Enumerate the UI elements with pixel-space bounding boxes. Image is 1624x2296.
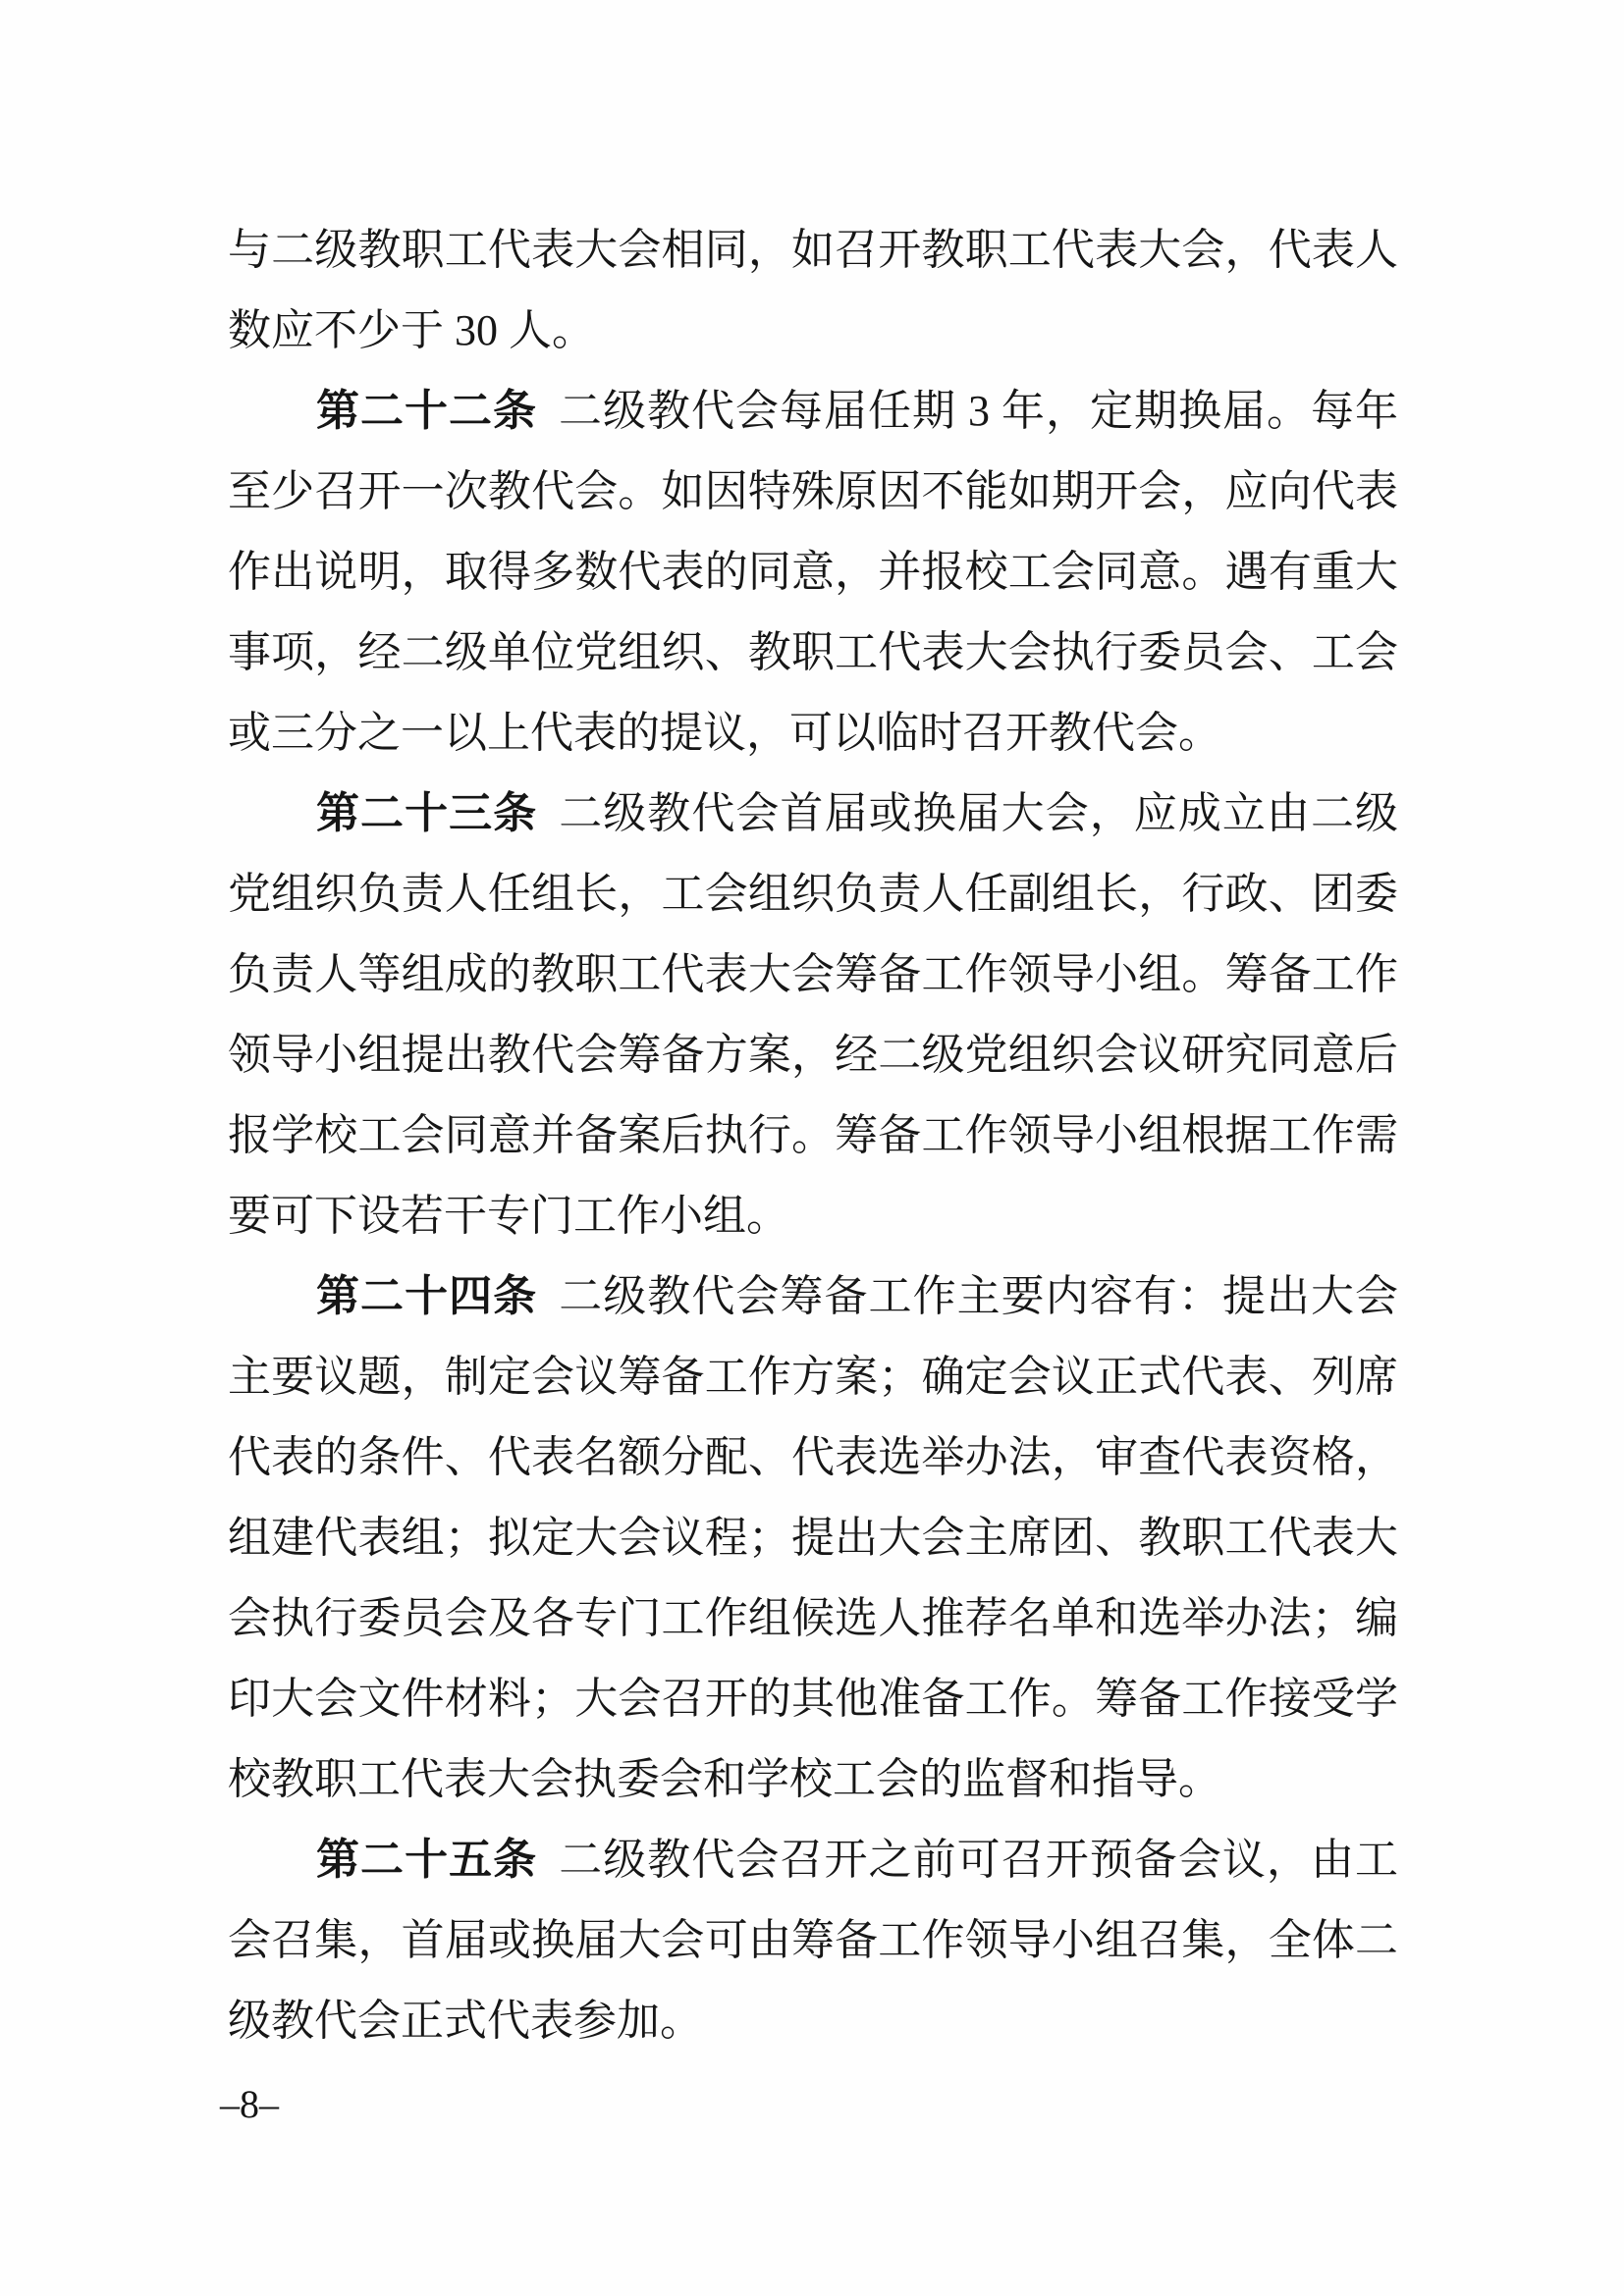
article-text: 二级教代会筹备工作主要内容有：提出大会 bbox=[559, 1272, 1398, 1320]
text-line: 或三分之一以上代表的提议，可以临时召开教代会。 bbox=[228, 693, 1398, 774]
text-line: 组建代表组；拟定大会议程；提出大会主席团、教职工代表大 bbox=[228, 1498, 1398, 1578]
text-line: 主要议题，制定会议筹备工作方案；确定会议正式代表、列席 bbox=[228, 1337, 1398, 1417]
text-line: 要可下设若干专门工作小组。 bbox=[228, 1176, 1398, 1256]
article-heading: 第二十二条 bbox=[316, 387, 537, 435]
text-line: 会执行委员会及各专门工作组候选人推荐名单和选举办法；编 bbox=[228, 1578, 1398, 1659]
text-line: 事项，经二级单位党组织、教职工代表大会执行委员会、工会 bbox=[228, 613, 1398, 693]
text-line: 作出说明，取得多数代表的同意，并报校工会同意。遇有重大 bbox=[228, 532, 1398, 613]
article-line: 第二十二条二级教代会每届任期 3 年，定期换届。每年 bbox=[228, 371, 1398, 452]
text-line: 与二级教职工代表大会相同，如召开教职工代表大会，代表人 bbox=[228, 210, 1398, 291]
article-line: 第二十五条二级教代会召开之前可召开预备会议，由工 bbox=[228, 1820, 1398, 1900]
text-line: 会召集，首届或换届大会可由筹备工作领导小组召集，全体二 bbox=[228, 1900, 1398, 1981]
document-page: 与二级教职工代表大会相同，如召开教职工代表大会，代表人 数应不少于 30 人。 … bbox=[0, 0, 1624, 2296]
text-line: 党组织负责人任组长，工会组织负责人任副组长，行政、团委 bbox=[228, 854, 1398, 934]
article-heading: 第二十四条 bbox=[316, 1272, 537, 1320]
article-text: 二级教代会召开之前可召开预备会议，由工 bbox=[559, 1836, 1398, 1884]
text-line: 报学校工会同意并备案后执行。筹备工作领导小组根据工作需 bbox=[228, 1095, 1398, 1176]
article-heading: 第二十五条 bbox=[316, 1836, 537, 1884]
text-line: 代表的条件、代表名额分配、代表选举办法，审查代表资格， bbox=[228, 1417, 1398, 1498]
article-heading: 第二十三条 bbox=[316, 789, 537, 837]
text-line: 数应不少于 30 人。 bbox=[228, 291, 1398, 371]
article-text: 二级教代会首届或换届大会，应成立由二级 bbox=[559, 789, 1398, 837]
text-line: 印大会文件材料；大会召开的其他准备工作。筹备工作接受学 bbox=[228, 1659, 1398, 1739]
text-line: 至少召开一次教代会。如因特殊原因不能如期开会，应向代表 bbox=[228, 452, 1398, 532]
article-line: 第二十四条二级教代会筹备工作主要内容有：提出大会 bbox=[228, 1256, 1398, 1337]
text-line: 负责人等组成的教职工代表大会筹备工作领导小组。筹备工作 bbox=[228, 934, 1398, 1015]
text-line: 校教职工代表大会执委会和学校工会的监督和指导。 bbox=[228, 1739, 1398, 1820]
text-line: 领导小组提出教代会筹备方案，经二级党组织会议研究同意后 bbox=[228, 1015, 1398, 1095]
text-block: 与二级教职工代表大会相同，如召开教职工代表大会，代表人 数应不少于 30 人。 … bbox=[228, 210, 1398, 2061]
article-line: 第二十三条二级教代会首届或换届大会，应成立由二级 bbox=[228, 774, 1398, 854]
page-number: –8– bbox=[220, 2083, 279, 2126]
article-text: 二级教代会每届任期 3 年，定期换届。每年 bbox=[559, 387, 1398, 435]
text-line: 级教代会正式代表参加。 bbox=[228, 1981, 1398, 2061]
